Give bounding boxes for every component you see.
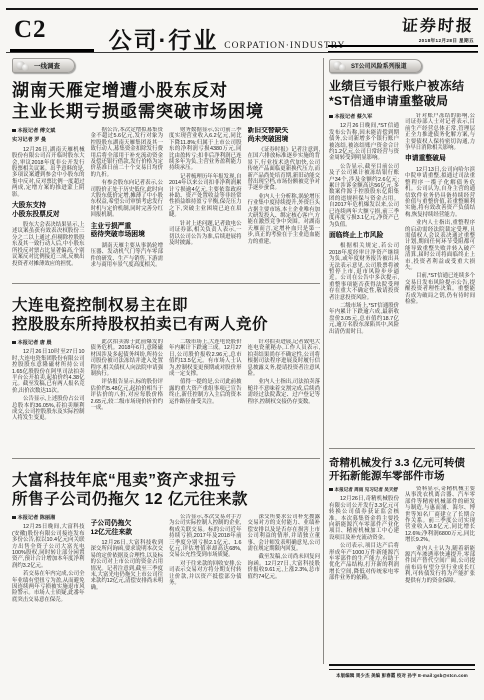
body-column-3: 财务数据显示,公司前三季度实现营业收入6.2亿元,同比下降11.8%;归属于上市…	[169, 127, 242, 279]
headline-line1: 业绩巨亏银行账户被冻结	[329, 79, 475, 94]
paragraph: 深交所要求公司补充披露交易对方的支付能力、业绩补偿安排以及是否存在损害上市公司利…	[248, 514, 321, 552]
headline-line1: 湖南天雁定增遭小股东反对	[12, 80, 320, 101]
badge-bubbles-icon	[333, 60, 348, 71]
byline-marker-icon	[329, 115, 333, 119]
article-st-xintong: ST公司风险系列报道 业绩巨亏银行账户被冻结 *ST信通申请重整破局 本报记者 …	[329, 58, 475, 450]
body-column-2: 针对账户冻结的影响,公司证券部人士对记者表示,目前生产经营总体正常,管理层正全力…	[405, 113, 475, 450]
headline-line2: 开拓新能源车零部件市场	[329, 470, 475, 483]
paragraph: 对于往来款的回收安排,公司表示交易对方将分期支付转让价款,并以资产抵偿部分债务。	[169, 561, 242, 587]
paragraph: 针对拍卖进展,记者致电大连电瓷董秘办,工作人员表示,拍卖结果尚存不确定性,公司将…	[248, 339, 321, 377]
headline-line1: 奇精机械发行 3.3 亿元可转债	[329, 457, 475, 470]
crosshead: 大股东支持小股东投票反对	[12, 202, 85, 219]
paragraph: 股东大会表决结果显示,上述议案虽获有效表决权股份三分之二以上通过,但剔除控股股东…	[12, 222, 85, 267]
column-divider	[323, 58, 324, 664]
article-body: 本报记者 蔡久军 12月26日晚间,*ST信通发布公告称,因未能清偿到期债务,公…	[329, 113, 475, 450]
article-dalian-dianci: 大连电瓷控制权易主在即 控股股东所持股权拍卖已有两人竞价 本报记者 唐 晨 12…	[12, 289, 320, 451]
paragraph: 财务数据显示,公司前三季度实现营业收入6.2亿元,同比下降11.8%;归属于上市…	[169, 127, 242, 172]
crosshead: 面临终止上市风险	[329, 232, 399, 241]
paragraph: 截至发稿,公司尚未回复问询函。12月27日,大富科技股价报收9.61元,上涨2.…	[248, 554, 321, 580]
kicker-badge: 一线调查	[12, 58, 75, 73]
page-footer: 本版编辑 周少杰 美编 彭春霞 校对 孙宇 E-mail:gsb@stcn.co…	[329, 664, 475, 679]
body-column-1: 本报记者 陈丽湘 12月25日晚间,大富科技(安徽)股份有限公司接连发布多份公告…	[12, 514, 85, 666]
paragraph: 据公告,本次定增拟募集资金不超过5.6亿元,发行对象为控股股东湖南天雁集团及其一…	[91, 127, 164, 178]
byline-marker-icon	[12, 341, 16, 345]
paragraph: 12月25日晚间,大富科技(安徽)股份有限公司接连发布多份公告,拟以10.4亿元…	[12, 524, 85, 569]
body-column-2: 此次拍卖源于此前爆发的债务危机。2018年6月,意隆磁材因涉及多起债务纠纷,所持…	[91, 339, 164, 451]
paragraph: 二级市场上,大连电瓷股价年内累计下跌逾三成。12月27日,公司股价报收2.96元…	[169, 339, 242, 377]
paragraph: 二级市场上,*ST信通股价年内累计下跌逾六成,最新收盘价3.05元,总市值约18…	[329, 303, 399, 335]
byline: 本报记者 唐 晨	[12, 340, 85, 346]
body-column-4: 新旧交替缺失尚未突破困境 《证券时报》记者注意到,在国六排放标准逐步实施的背景下…	[248, 127, 321, 279]
badge-bubbles-icon	[16, 60, 31, 71]
newspaper-logo: 证券时报	[353, 13, 475, 36]
byline-2: 实习记者 罗 曼	[12, 137, 85, 143]
body-column-1: 本报记者 傅文斌 实习记者 罗 曼 12月26日,湖南天雁机械股份有限公司召开临…	[12, 127, 85, 279]
article-dafu-technology: 大富科技年底“甩卖”资产求扭亏 所售子公司仍拖欠 12 亿元往来款 本报记者 陈…	[12, 464, 320, 666]
byline: 本报记者 蔡久军	[329, 114, 399, 120]
paragraph: 值得一提的是,公司此前披露的重大资产重组事项已宣告终止,新任控制方入主后的资本运…	[169, 379, 242, 405]
top-rule-divider	[6, 8, 478, 10]
newspaper-page: C2 公司·行业CORPATION·INDUSTRY 证券时报 2018年12月…	[0, 0, 484, 700]
byline-marker-icon	[329, 488, 333, 492]
paragraph: 公告显示,本次交易对手方为公司实际控制人控制的企业,构成关联交易。标的公司近年持…	[169, 514, 242, 559]
article-body: 本报记者 周雨 见习记者 吴天舒 12月26日,奇精机械股份有限公司公开发行3.…	[329, 486, 475, 656]
paragraph: 公司表示,项目达产后将形成年产1000万件新能源汽车零部件的生产能力,有助于优化…	[329, 543, 399, 581]
paragraph: 业内人士指出,重整程序的启动需经法院裁定受理,且需债权人会议表决通过重整计划,期…	[405, 220, 475, 271]
paragraph: 记者梳理历年年报发现,自2014年以来公司扣非净利润累计亏损逾4亿元,主要依靠政…	[169, 174, 242, 219]
footer-credits: 本版编辑 周少杰 美编 彭春霞 校对 孙宇 E-mail:gsb@stcn.co…	[329, 673, 475, 679]
masthead: 证券时报 2018年12月28日 星期五	[354, 13, 474, 44]
header-rule-divider	[6, 52, 478, 53]
paragraph: 12月26日10时至27日10时,大连电瓷集团股份有限公司控股股东意隆磁材所持公…	[12, 349, 85, 394]
body-column-2: 资料显示,奇精机械主要从事洗衣机离合器、汽车零部件等精密机械部件的研发与制造,与…	[405, 486, 475, 656]
section-header: 公司·行业CORPATION·INDUSTRY	[90, 22, 364, 55]
paragraph: 资料显示,奇精机械主要从事洗衣机离合器、汽车零部件等精密机械部件的研发与制造,与…	[405, 486, 475, 544]
paragraph: 业内人士认为,随着新能源汽车渗透率快速提升,零部件国产替代空间广阔,公司提前布局…	[405, 546, 475, 584]
article-qijing-machinery: 奇精机械发行 3.3 亿元可转债 开拓新能源车零部件市场 本报记者 周雨 见习记…	[329, 453, 475, 656]
page-number-underline	[10, 49, 94, 52]
paragraph: 若交易在年内完成,公司全年业绩有望扭亏为盈,从而避免因连续两年亏损被实施退市风险…	[12, 571, 85, 603]
body-column-1: 本报记者 唐 晨 12月26日10时至27日10时,大连电瓷集团股份有限公司控股…	[12, 339, 85, 451]
body-column-1: 本报记者 蔡久军 12月26日晚间,*ST信通发布公告称,因未能清偿到期债务,公…	[329, 113, 399, 450]
paragraph: 湖南天雁主要从事涡轮增压器、发动机气门等汽车零部件的研发、生产与销售,下游需求与…	[91, 243, 164, 269]
masthead-double-rule	[328, 45, 478, 52]
byline: 本报记者 陈丽湘	[12, 515, 85, 521]
paragraph: 12月13日,公司向哈尔滨中院申请重整,拟通过司法重整程序一揽子化解债务危机。公…	[405, 167, 475, 218]
kicker-badge: ST公司风险系列报道	[329, 59, 422, 73]
article-divider	[329, 448, 475, 449]
paragraph: 12月26日,奇精机械股份有限公司公开发行3.3亿元可转换公司债券获证监会核准。…	[329, 496, 399, 541]
article-hunan-tianyan: 一线调查 湖南天雁定增遭小股东反对 主业长期亏损亟需突破市场困境 本报记者 傅文…	[12, 58, 320, 279]
paragraph: 公告显示,截至目前公司及子公司累计被冻结银行账户34个,涉及金额约2.6亿元;累…	[329, 164, 399, 228]
headline-line1: 大连电瓷控制权易主在即	[12, 296, 320, 315]
crosshead: 子公司仍拖欠12亿元往来款	[91, 520, 164, 537]
body-column-2: 据公告,本次定增拟募集资金不超过5.6亿元,发行对象为控股股东湖南天雁集团及其一…	[91, 127, 164, 279]
article-body: 本报记者 唐 晨 12月26日10时至27日10时,大连电瓷集团股份有限公司控股…	[12, 339, 320, 451]
paragraph: 目前,*ST信通已连续多个交易日发布风险提示公告,提醒投资者理性决策。重整能否成…	[405, 273, 475, 305]
paragraph: 《证券时报》记者注意到,在国六排放标准逐步实施的背景下,行业技术迭代加快,公司传…	[248, 147, 321, 192]
article-divider	[12, 458, 320, 459]
paragraph: 12月26日晚间,*ST信通发布公告称,因未能清偿到期债务,公司新增多个银行账户…	[329, 123, 399, 161]
headline-line2: 主业长期亏损亟需突破市场困境	[12, 101, 320, 122]
crosshead: 主业亏损严重亟待突破市场困境	[91, 223, 164, 240]
body-column-3: 二级市场上,大连电瓷股价年内累计下跌逾三成。12月27日,公司股价报收2.96元…	[169, 339, 242, 451]
kicker-label: ST公司风险系列报道	[351, 61, 407, 70]
paragraph: 12月26日,大富科技收到深交所问询函,要求说明本次交易的定价依据及合理性,以及…	[91, 540, 164, 591]
headline-line2: *ST信通申请重整破局	[329, 94, 475, 109]
byline: 本报记者 周雨 见习记者 吴天舒	[329, 487, 399, 493]
paragraph: 评估报告显示,标的股份评估价约5.48亿元,起拍价相当于评估价的八折,对应每股价…	[91, 379, 164, 411]
byline-marker-icon	[12, 129, 16, 133]
paragraph: 根据相关规定,若公司2018年度经审计净资产继续为负,或年度财务报告被出具无法表…	[329, 243, 399, 301]
paragraph: 此次拍卖源于此前爆发的债务危机。2018年6月,意隆磁材因涉及多起债务纠纷,所持…	[91, 339, 164, 377]
dateline: 2018年12月28日 星期五	[354, 38, 474, 44]
body-column-4: 针对拍卖进展,记者致电大连电瓷董秘办,工作人员表示,拍卖结果尚存不确定性,公司将…	[248, 339, 321, 451]
paragraph: 针对上述问题,记者致电公司证券部,相关负责人表示,一切以公司公告为准,后续进展将…	[169, 221, 242, 247]
headline-line2: 控股股东所持股权拍卖已有两人竞价	[12, 315, 320, 334]
paragraph: 12月26日,湖南天雁机械股份有限公司召开临时股东大会,审议2018年度非公开发…	[12, 147, 85, 198]
byline-marker-icon	[12, 516, 16, 520]
body-column-2: 子公司仍拖欠12亿元往来款 12月26日,大富科技收到深交所问询函,要求说明本次…	[91, 514, 164, 666]
article-divider	[12, 283, 320, 284]
footer-double-rule	[329, 664, 475, 670]
kicker-label: 一线调查	[34, 61, 60, 70]
paragraph: 业内人士指出,司法拍卖落槌并不意味着交割完成,后续尚需经过法院裁定、过户登记等程…	[248, 379, 321, 405]
headline-line2: 所售子公司仍拖欠 12 亿元往来款	[12, 490, 320, 509]
paragraph: 业内人士分析称,涡轮增压行业集中度持续提升,外资巨头占据主要市场,本土企业唯有加…	[248, 194, 321, 245]
body-column-3: 公告显示,本次交易对手方为公司实际控制人控制的企业,构成关联交易。标的公司近年持…	[169, 514, 242, 666]
article-body: 本报记者 傅文斌 实习记者 罗 曼 12月26日,湖南天雁机械股份有限公司召开临…	[12, 127, 320, 279]
body-column-1: 本报记者 周雨 见习记者 吴天舒 12月26日,奇精机械股份有限公司公开发行3.…	[329, 486, 399, 656]
byline: 本报记者 傅文斌	[12, 128, 85, 134]
section-title-cn: 公司·行业	[109, 27, 219, 53]
paragraph: 有参会股东向记者表示,公司股价正处于历史低位,此时向大股东低价定增,摊薄了中小股…	[91, 180, 164, 218]
paragraph: 针对账户冻结的影响,公司证券部人士对记者表示,目前生产经营总体正常,管理层正全力…	[405, 113, 475, 151]
article-body: 本报记者 陈丽湘 12月25日晚间,大富科技(安徽)股份有限公司接连发布多份公告…	[12, 514, 320, 666]
crosshead: 新旧交替缺失尚未突破困境	[248, 127, 321, 144]
paragraph: 公告显示,上述股份占公司总股本的36.05%,若拍卖顺利成交,公司控股股东及实际…	[12, 396, 85, 422]
crosshead: 申请重整破局	[405, 155, 475, 164]
body-column-4: 深交所要求公司补充披露交易对方的支付能力、业绩补偿安排以及是否存在损害上市公司利…	[248, 514, 321, 666]
page-number: C2	[14, 16, 47, 44]
headline-line1: 大富科技年底“甩卖”资产求扭亏	[12, 471, 320, 490]
